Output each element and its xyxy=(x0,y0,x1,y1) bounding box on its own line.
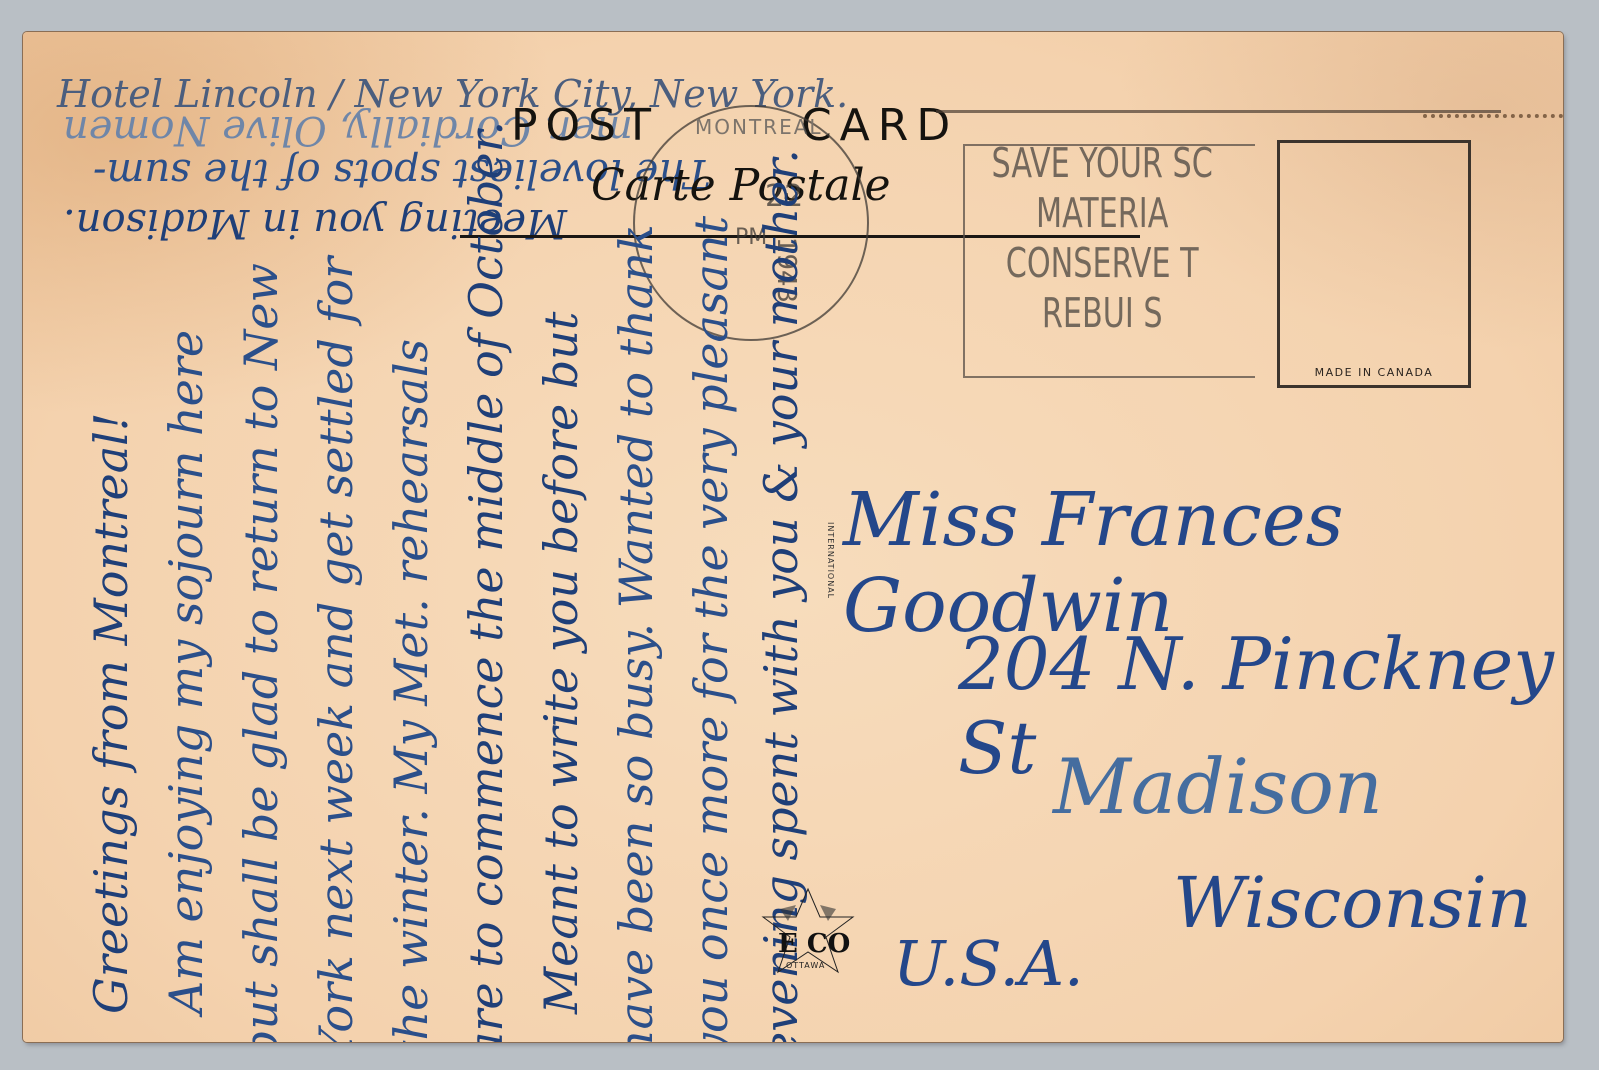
message-line: York next week and get settled for xyxy=(309,257,363,1042)
publisher-logo-text: E CO xyxy=(778,929,850,959)
cancel-slogan: SAVE YOUR SC MATERIA CONSERVE T REBUI S xyxy=(971,138,1233,338)
message-line: are to commence the middle of October. xyxy=(459,121,513,1042)
postmark-city: MONTREAL xyxy=(695,115,823,139)
publisher-logo: E CO OTTAWA xyxy=(758,887,858,987)
recipient-country: U.S.A. xyxy=(893,927,1084,1000)
perforation-line xyxy=(1423,114,1563,118)
message-line: Am enjoying my sojourn here xyxy=(159,330,213,1014)
recipient-state: Wisconsin xyxy=(1173,862,1532,944)
stamp-box: MADE IN CANADA xyxy=(1277,140,1471,388)
message-line: Meant to write you before but xyxy=(534,312,588,1014)
slogan-line: REBUI S xyxy=(971,288,1233,338)
cancel-top-line xyxy=(936,110,1501,113)
recipient-city: Madison xyxy=(1053,742,1383,831)
message-line: Greetings from Montreal! xyxy=(84,413,138,1014)
message-line: you once more for the very pleasant xyxy=(684,216,738,1042)
message-line: the winter. My Met. rehearsals xyxy=(384,339,438,1042)
slogan-line: CONSERVE T xyxy=(971,238,1233,288)
message-line: have been so busy. Wanted to thank xyxy=(609,224,663,1042)
slogan-line: MATERIA xyxy=(971,188,1233,238)
publisher-imprint: INTERNATIONAL xyxy=(826,522,835,599)
publisher-city: OTTAWA xyxy=(786,961,825,970)
slogan-line: SAVE YOUR SC xyxy=(971,138,1233,188)
handwritten-message: Greetings from Montreal! Am enjoying my … xyxy=(53,260,833,990)
stamp-box-caption: MADE IN CANADA xyxy=(1280,366,1468,379)
message-line: but shall be glad to return to New xyxy=(234,263,288,1042)
postcard-back: Hotel Lincoln / New York City, New York.… xyxy=(23,32,1563,1042)
